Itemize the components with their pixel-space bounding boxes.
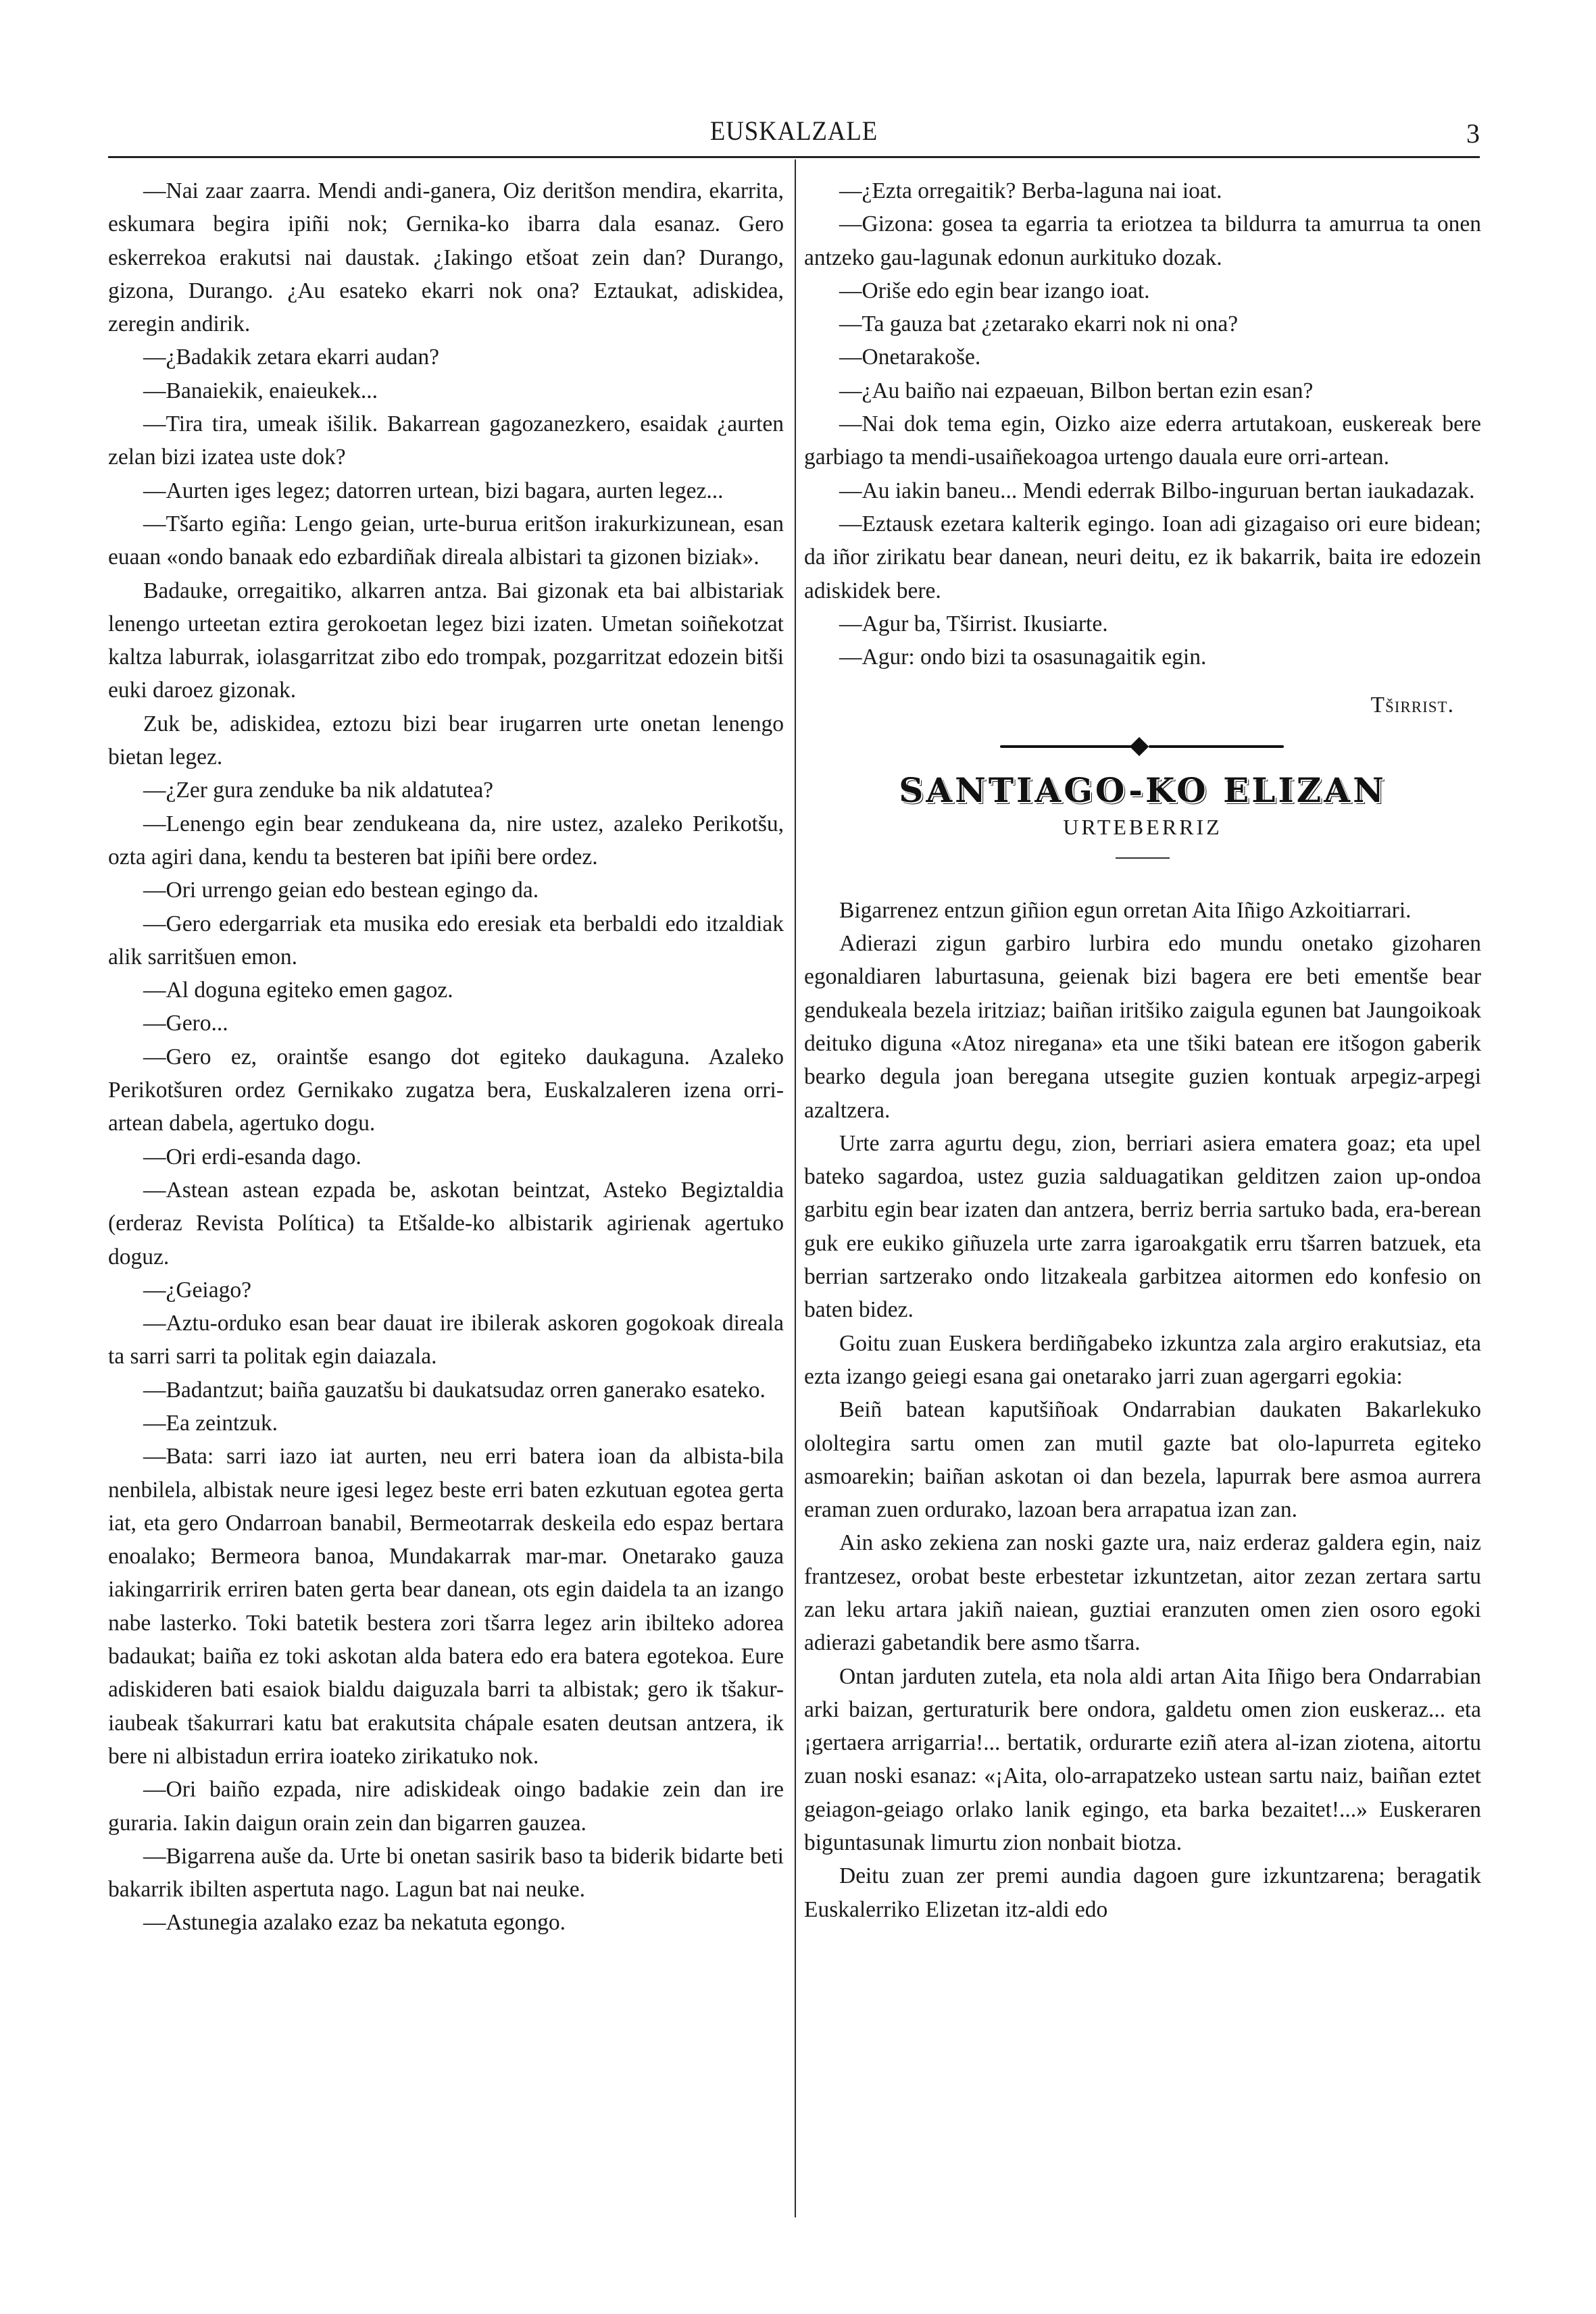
paragraph: —Tira tira, umeak išilik. Bakarrean gago… — [108, 407, 784, 474]
article-body: Bigarrenez entzun giñion egun orretan Ai… — [804, 894, 1481, 1926]
paragraph: Zuk be, adiskidea, eztozu bizi bear irug… — [108, 707, 784, 774]
paragraph: —¿Zer gura zenduke ba nik aldatutea? — [108, 774, 784, 807]
paragraph: —Tšarto egiña: Lengo geian, urte-burua e… — [108, 507, 784, 574]
paragraph: —Badantzut; baiña gauzatšu bi daukatsuda… — [108, 1374, 784, 1407]
paragraph: —¿Au baiño nai ezpaeuan, Bilbon bertan e… — [804, 374, 1481, 407]
paragraph: —Agur ba, Tširrist. Ikusiarte. — [804, 607, 1481, 640]
paragraph: —Ea zeintzuk. — [108, 1407, 784, 1440]
paragraph: —Lenengo egin bear zendukeana da, nire u… — [108, 807, 784, 874]
paragraph: —Banaiekik, enaieukek... — [108, 374, 784, 407]
paragraph: —Al doguna egiteko emen gagoz. — [108, 974, 784, 1007]
paragraph: —Ori baiño ezpada, nire adiskideak oingo… — [108, 1773, 784, 1840]
subtitle-rule — [1116, 857, 1170, 859]
paragraph: —Au iakin baneu... Mendi ederrak Bilbo-i… — [804, 474, 1481, 507]
paragraph: —Astunegia azalako ezaz ba nekatuta egon… — [108, 1906, 784, 1939]
page-header: EUSKALZALE 3 — [108, 108, 1480, 149]
dialogue-block: —¿Ezta orregaitik? Berba-laguna nai ioat… — [804, 174, 1481, 674]
paragraph: —Gero ez, oraintše esango dot egiteko da… — [108, 1040, 784, 1140]
running-title: EUSKALZALE — [163, 115, 1425, 147]
paragraph: —Gero edergarriak eta musika edo eresiak… — [108, 907, 784, 974]
paragraph: —Agur: ondo bizi ta osasunagaitik egin. — [804, 640, 1481, 674]
paragraph: —Onetarakoše. — [804, 341, 1481, 374]
ornamental-divider — [804, 726, 1481, 767]
right-column: —¿Ezta orregaitik? Berba-laguna nai ioat… — [804, 174, 1481, 1926]
diamond-ornament-icon — [1130, 737, 1149, 756]
paragraph: Beiñ batean kaputšiñoak Ondarrabian dauk… — [804, 1393, 1481, 1526]
paragraph: —¿Geiago? — [108, 1274, 784, 1307]
column-divider — [795, 159, 796, 2217]
paragraph: —¿Ezta orregaitik? Berba-laguna nai ioat… — [804, 174, 1481, 207]
paragraph: Ontan jarduten zutela, eta nola aldi art… — [804, 1660, 1481, 1860]
left-column: —Nai zaar zaarra. Mendi andi-ganera, Oiz… — [108, 174, 784, 1940]
paragraph: —Ta gauza bat ¿zetarako ekarri nok ni on… — [804, 307, 1481, 341]
paragraph: Urte zarra agurtu degu, zion, berriari a… — [804, 1127, 1481, 1327]
paragraph: —Eztausk ezetara kalterik egingo. Ioan a… — [804, 507, 1481, 607]
page-number: 3 — [1466, 118, 1480, 149]
paragraph: —Ori erdi-esanda dago. — [108, 1140, 784, 1174]
paragraph: —Bigarrena auše da. Urte bi onetan sasir… — [108, 1840, 784, 1907]
paragraph: Badauke, orregaitiko, alkarren antza. Ba… — [108, 574, 784, 707]
paragraph: —Gero... — [108, 1007, 784, 1040]
paragraph: Bigarrenez entzun giñion egun orretan Ai… — [804, 894, 1481, 927]
paragraph: —¿Badakik zetara ekarri audan? — [108, 341, 784, 374]
paragraph: —Oriše edo egin bear izango ioat. — [804, 274, 1481, 307]
paragraph: Goitu zuan Euskera berdiñgabeko izkuntza… — [804, 1327, 1481, 1394]
paragraph: —Aztu-orduko esan bear dauat ire ibilera… — [108, 1307, 784, 1374]
article-subtitle: URTEBERRIZ — [804, 811, 1481, 842]
paragraph: —Nai dok tema egin, Oizko aize ederra ar… — [804, 407, 1481, 474]
paragraph: —Astean astean ezpada be, askotan beintz… — [108, 1174, 784, 1274]
paragraph: Deitu zuan zer premi aundia dagoen gure … — [804, 1859, 1481, 1926]
paragraph: —Gizona: gosea ta egarria ta eriotzea ta… — [804, 207, 1481, 274]
author-signature: Tširrist. — [804, 688, 1481, 722]
header-rule — [108, 156, 1480, 158]
paragraph: —Ori urrengo geian edo bestean egingo da… — [108, 874, 784, 907]
paragraph: Adierazi zigun garbiro lurbira edo mundu… — [804, 927, 1481, 1127]
paragraph: —Bata: sarri iazo iat aurten, neu erri b… — [108, 1440, 784, 1773]
paragraph: —Aurten iges legez; datorren urtean, biz… — [108, 474, 784, 507]
paragraph: —Nai zaar zaarra. Mendi andi-ganera, Oiz… — [108, 174, 784, 341]
article-title: SANTIAGO-KO ELIZAN — [804, 770, 1481, 811]
paragraph: Ain asko zekiena zan noski gazte ura, na… — [804, 1526, 1481, 1659]
